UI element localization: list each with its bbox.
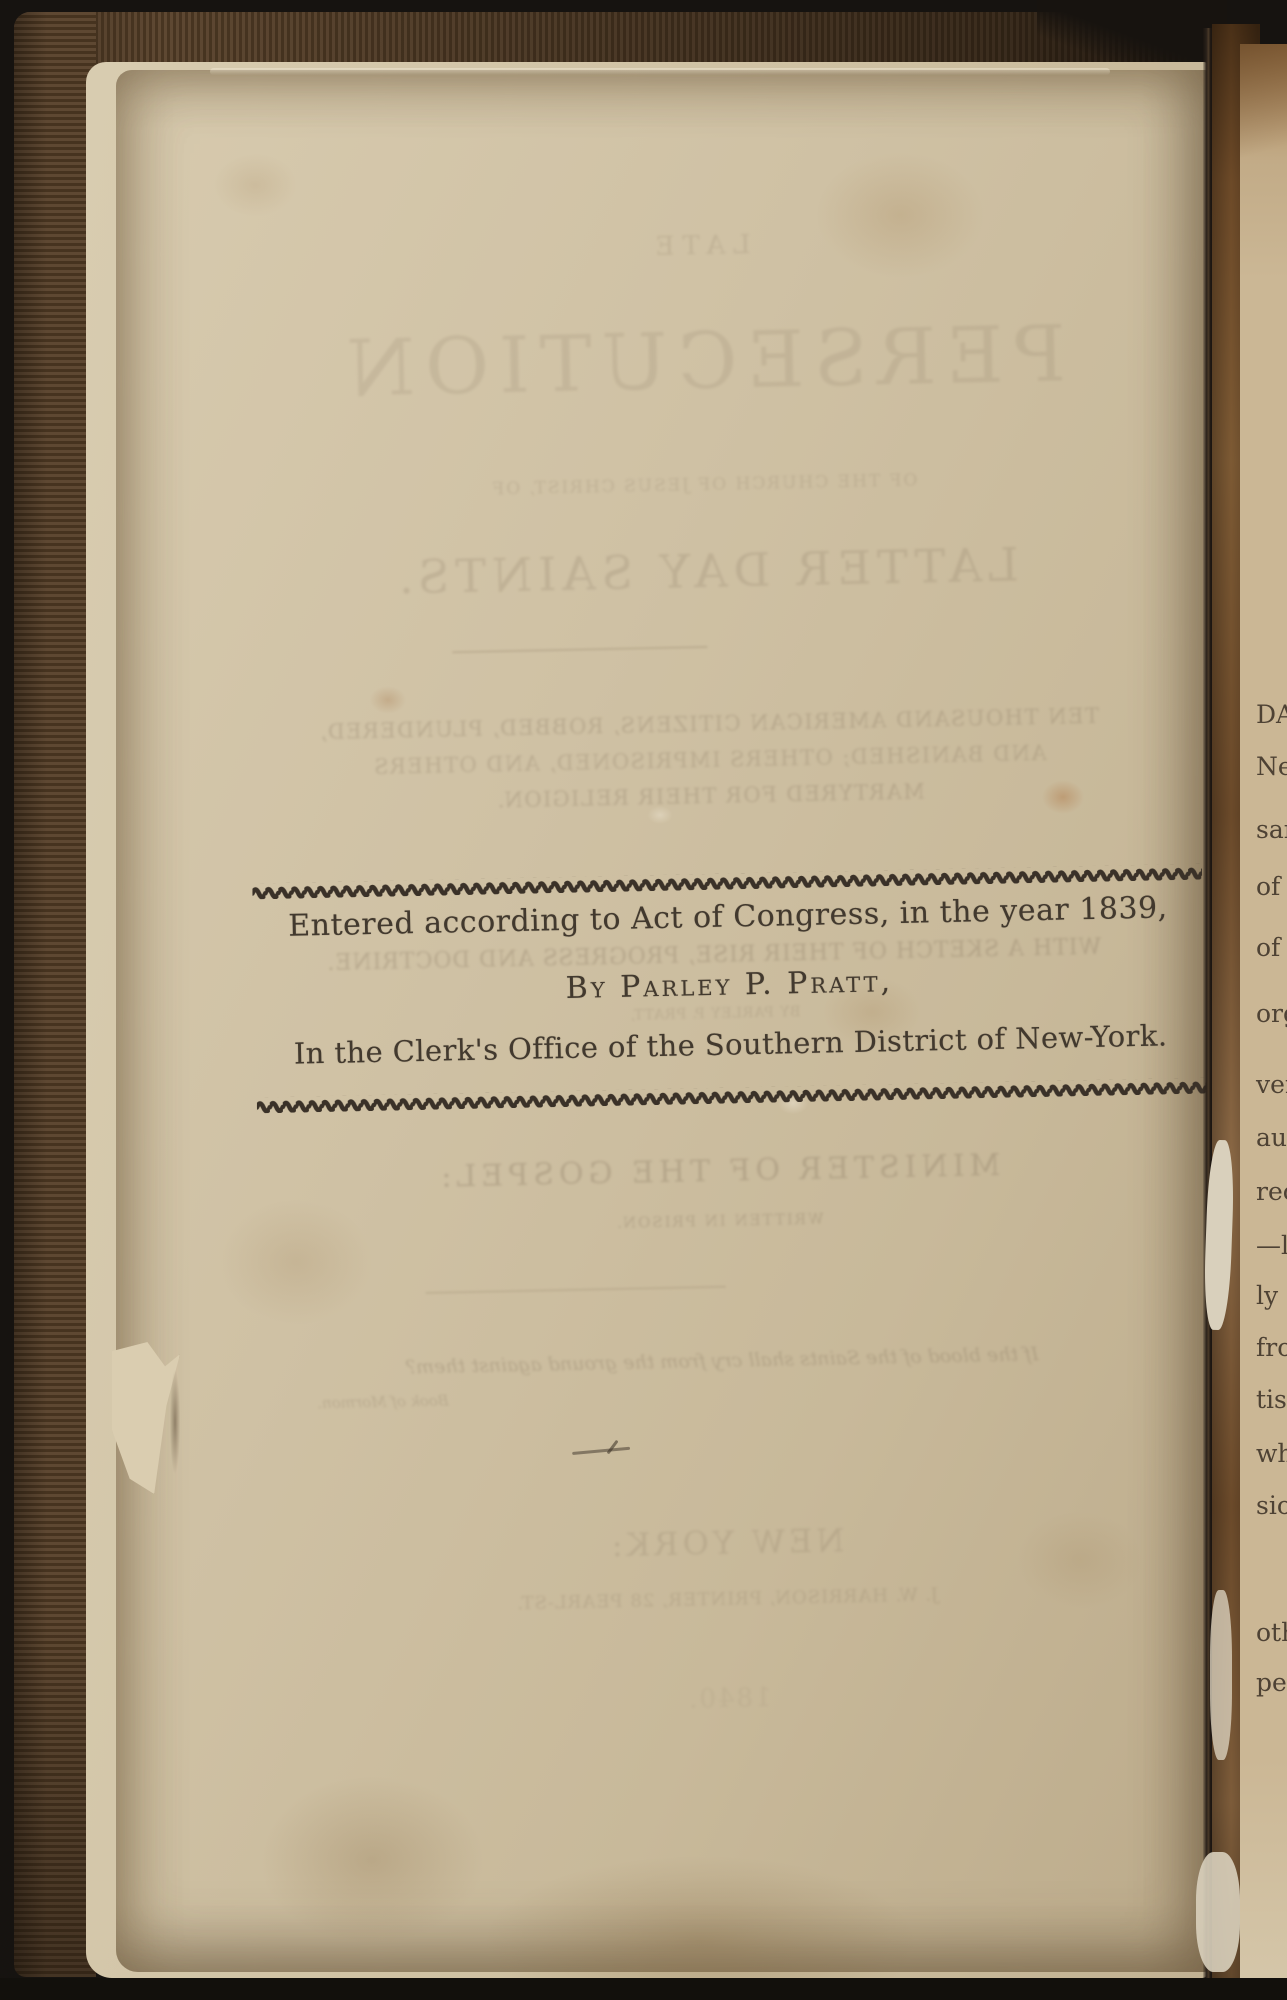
- adjacent-page-text-fragment: ver: [1256, 1070, 1287, 1099]
- torn-flap-shadow: [168, 1352, 182, 1492]
- adjacent-page-text-fragment: tism: [1256, 1385, 1287, 1414]
- adjacent-page-text-fragment: whi: [1256, 1439, 1287, 1468]
- ghost-rule: [452, 646, 707, 653]
- background-bottom-strip: [0, 1978, 1287, 2000]
- adjacent-page-sliver: DANesarofoforgverautrec—llyfrotismwhisio…: [1240, 44, 1287, 1994]
- page-content-tilt: LATEPERSECUTIONOF THE CHURCH OF JESUS CH…: [95, 44, 1225, 1986]
- adjacent-page-text-fragment: pel: [1256, 1668, 1287, 1697]
- book-photo-scene: LATEPERSECUTIONOF THE CHURCH OF JESUS CH…: [0, 0, 1287, 2000]
- adjacent-page-text-fragment: of: [1256, 933, 1280, 962]
- ghost-text-line: 1840.: [279, 1674, 1179, 1723]
- ghost-text-line: TEN THOUSAND AMERICAN CITIZENS, ROBBED, …: [259, 702, 1159, 745]
- copyright-line-author: By Parley P. Pratt,: [254, 958, 1205, 1013]
- copyright-line-entered: Entered according to Act of Congress, in…: [253, 890, 1204, 945]
- ghost-text-line: WRITTEN IN PRISON.: [269, 1202, 1169, 1239]
- ghost-text-line: LATE: [249, 222, 1149, 271]
- adjacent-page-text-fragment: of: [1256, 872, 1280, 901]
- ghost-text-line: MARTYRED FOR THEIR RELIGION.: [260, 774, 1160, 817]
- ghost-text-line: PERSECUTION: [250, 308, 1152, 417]
- copyright-notice-block: Entered according to Act of Congress, in…: [252, 864, 1207, 1124]
- adjacent-page-top-stain: [1240, 44, 1287, 184]
- wavy-rule-bottom: [257, 1078, 1207, 1114]
- ghost-text-line: LATTER DAY SAINTS.: [255, 535, 1156, 608]
- ghost-rule: [426, 1286, 726, 1294]
- ghost-text-line: If the blood of the Saints shall cry fro…: [272, 1340, 1172, 1381]
- ghost-text-line: J. W. HARRISON, PRINTER, 28 PEARL-ST.: [277, 1579, 1177, 1619]
- adjacent-page-text-fragment: sion: [1256, 1491, 1287, 1520]
- copyright-line-clerks-office: In the Clerk's Office of the Southern Di…: [255, 1018, 1206, 1072]
- adjacent-page-text-fragment: aut: [1256, 1123, 1287, 1152]
- ghost-text-line: NEW YORK:: [276, 1514, 1177, 1571]
- adjacent-page-text-fragment: org: [1256, 999, 1287, 1028]
- paper-chip: [1210, 1590, 1232, 1760]
- paper-chip: [1196, 1852, 1240, 1972]
- adjacent-page-text-fragment: rec: [1256, 1177, 1287, 1206]
- adjacent-page-text-fragment: othe: [1256, 1618, 1287, 1647]
- adjacent-page-text-fragment: Ne: [1256, 752, 1287, 781]
- ghost-text-line: MINISTER OF THE GOSPEL:: [268, 1144, 1169, 1198]
- ghost-text-line: AND BANISHED; OTHERS IMPRISONED, AND OTH…: [260, 738, 1160, 781]
- adjacent-page-text-fragment: ly: [1256, 1281, 1278, 1310]
- adjacent-page-text-fragment: fro: [1256, 1333, 1287, 1362]
- book-cover-left-edge: [14, 12, 96, 1977]
- ghost-text-line: OF THE CHURCH OF JESUS CHRIST, OF: [254, 466, 1154, 505]
- pencil-dash-mark: [572, 1447, 630, 1455]
- adjacent-page-text-fragment: DA: [1256, 700, 1287, 729]
- adjacent-page-text-fragment: —l: [1256, 1231, 1287, 1260]
- adjacent-page-text-fragment: sar: [1256, 815, 1287, 844]
